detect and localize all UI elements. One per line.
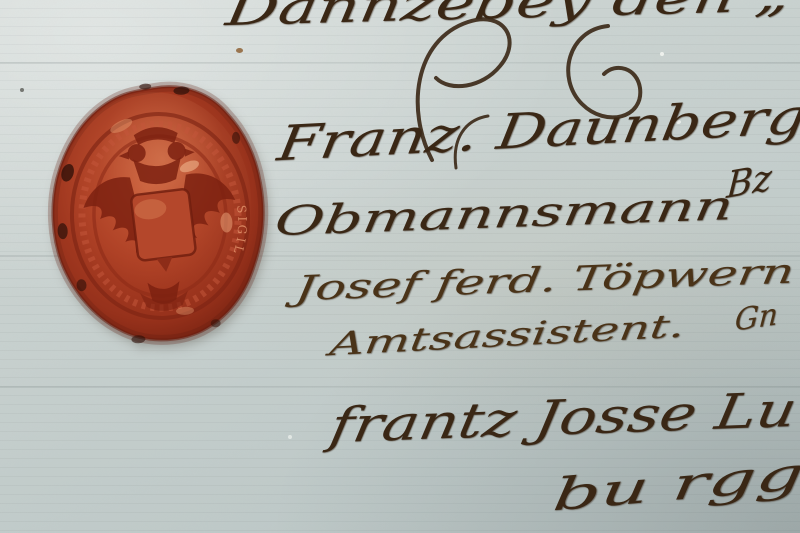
- paper-fleck: [236, 48, 243, 53]
- handwriting-line-2: Franz. Daunberg: [274, 92, 800, 168]
- paper-fleck: [660, 52, 664, 56]
- handwriting-line-1: Dannzebey den „ 3: [223, 0, 800, 32]
- handwriting-line-5: Amtsassistent.: [328, 309, 687, 360]
- handwriting-line-6: frantz Josse Lu: [326, 386, 800, 451]
- wax-seal: SIGIL: [40, 76, 280, 358]
- handwriting-line-7: bu rgg: [551, 452, 800, 519]
- handwriting-line-4: Josef ferd. Töpwern: [293, 255, 796, 307]
- chain-line: [0, 62, 800, 64]
- paper-fleck: [288, 435, 292, 439]
- handwriting-line-3: Obmannsmann: [272, 186, 736, 242]
- handwriting-line-5-suffix: Gn: [734, 300, 779, 337]
- seal-blob: SIGIL: [46, 78, 270, 348]
- wax-seal-graphic: SIGIL: [40, 76, 280, 358]
- paper-fleck: [20, 88, 24, 92]
- manuscript-photo: SIGIL: [0, 0, 800, 533]
- handwriting-line-3-suffix: Bz: [725, 160, 772, 205]
